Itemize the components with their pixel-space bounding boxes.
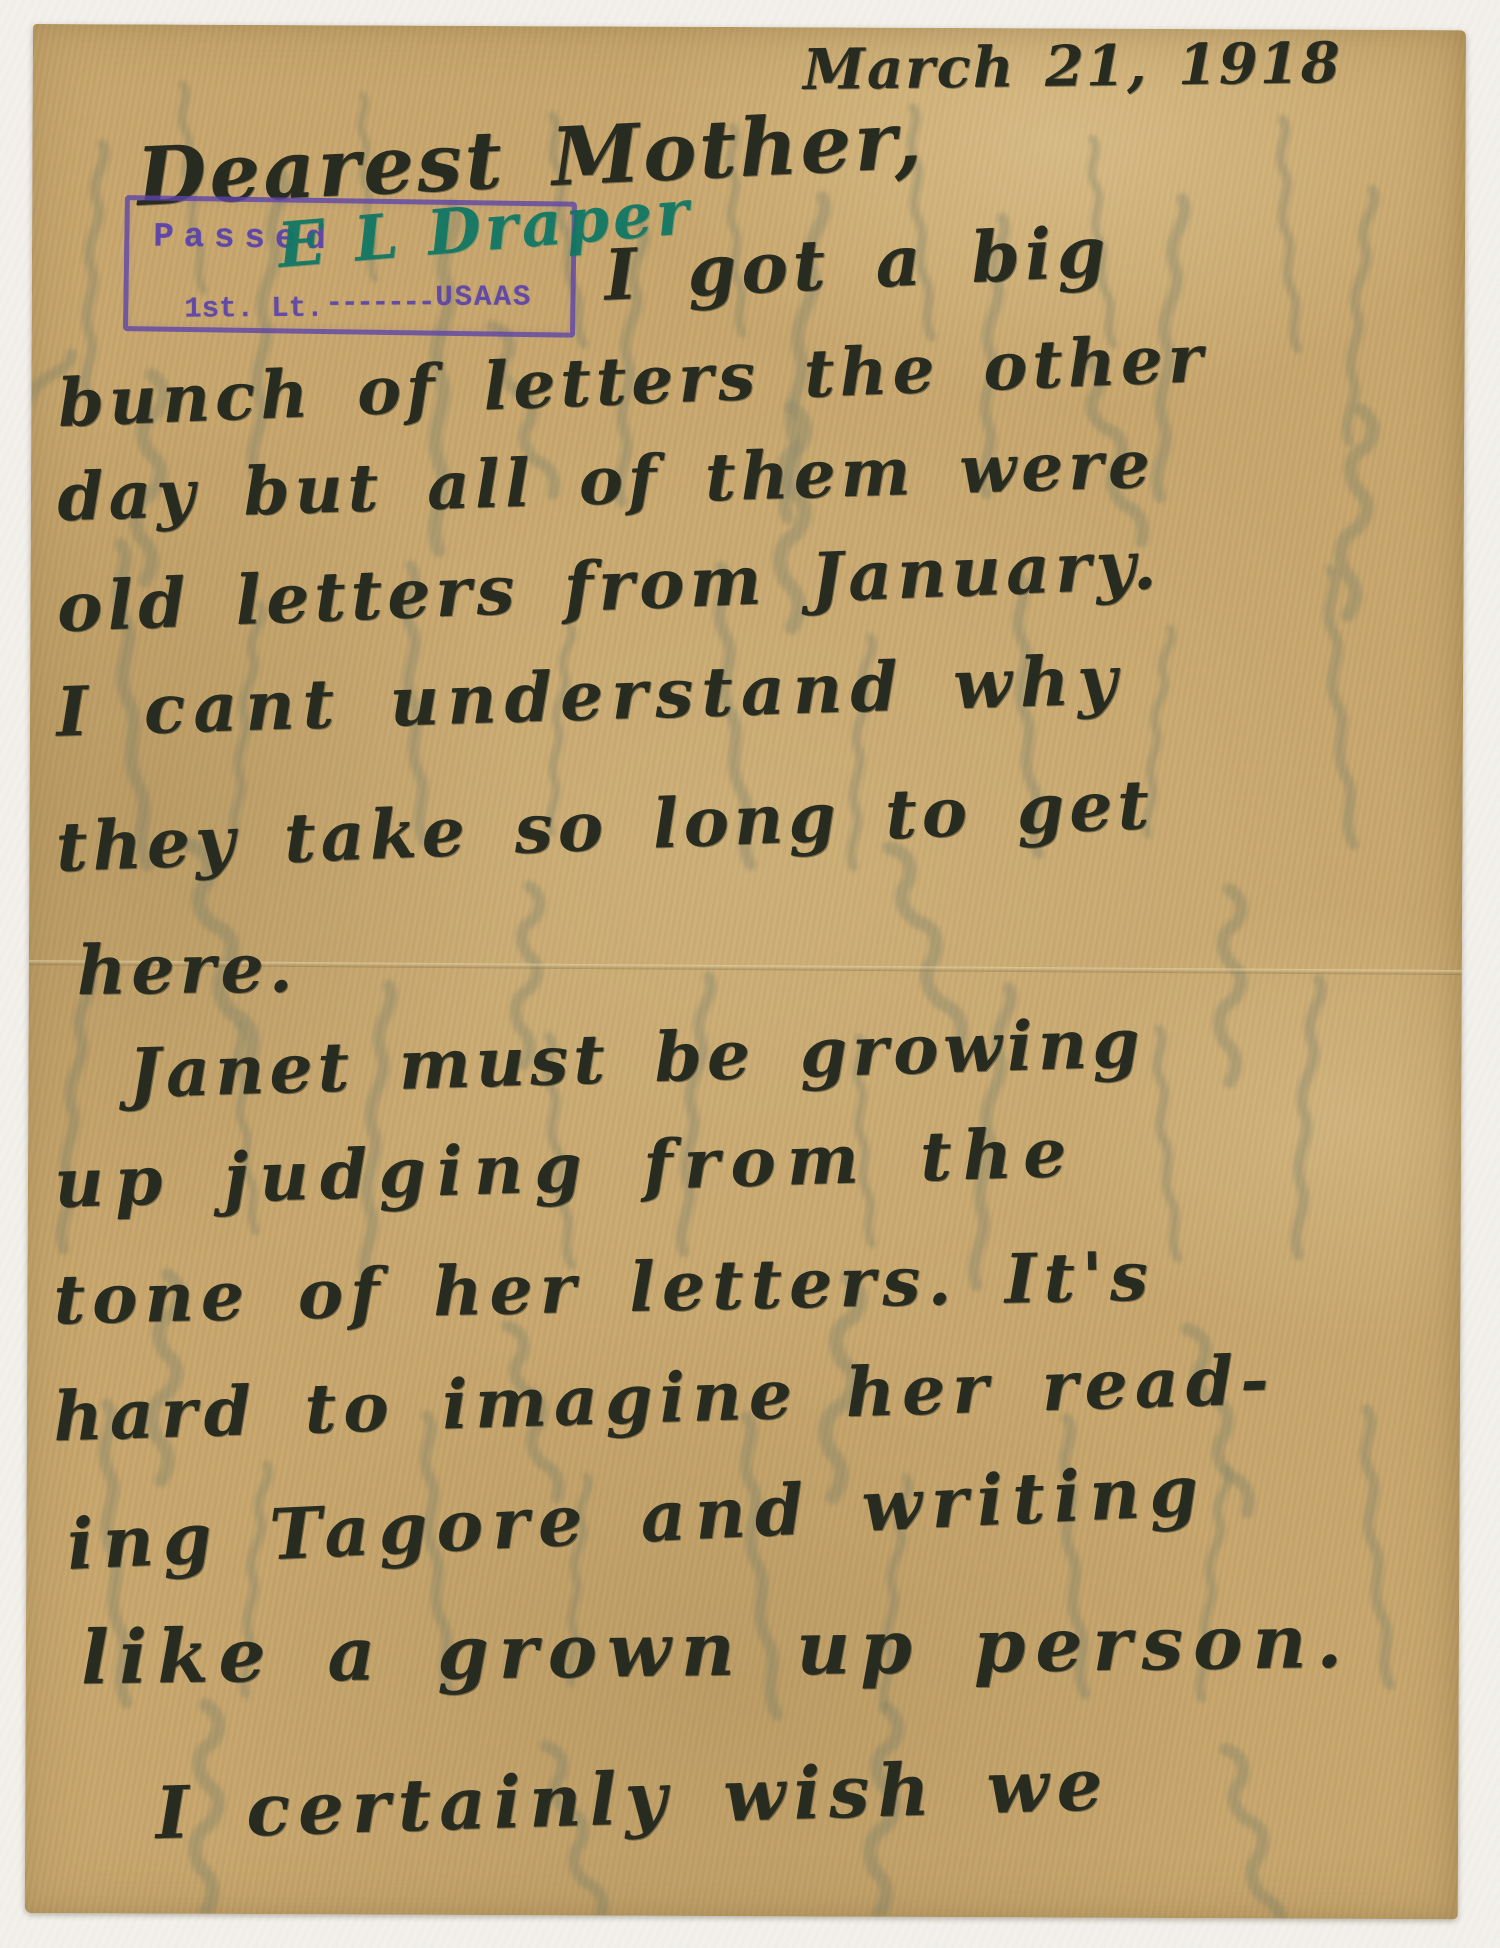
scan-background: March 21, 1918 Dearest Mother, Passed 1s… bbox=[0, 0, 1500, 1948]
letter-paper: March 21, 1918 Dearest Mother, Passed 1s… bbox=[25, 24, 1466, 1919]
censor-stamp-rank-line: 1st. Lt.-------USAAS bbox=[184, 290, 532, 325]
letter-line: here. bbox=[76, 934, 297, 1005]
censor-stamp-separator-dashes: ------- bbox=[325, 286, 433, 320]
censor-stamp-rank-label: 1st. Lt. bbox=[184, 292, 323, 326]
letter-line: like a grown up person. bbox=[80, 1605, 1352, 1696]
letter-date: March 21, 1918 bbox=[802, 35, 1342, 98]
censor-stamp-unit-label: USAAS bbox=[435, 280, 532, 314]
